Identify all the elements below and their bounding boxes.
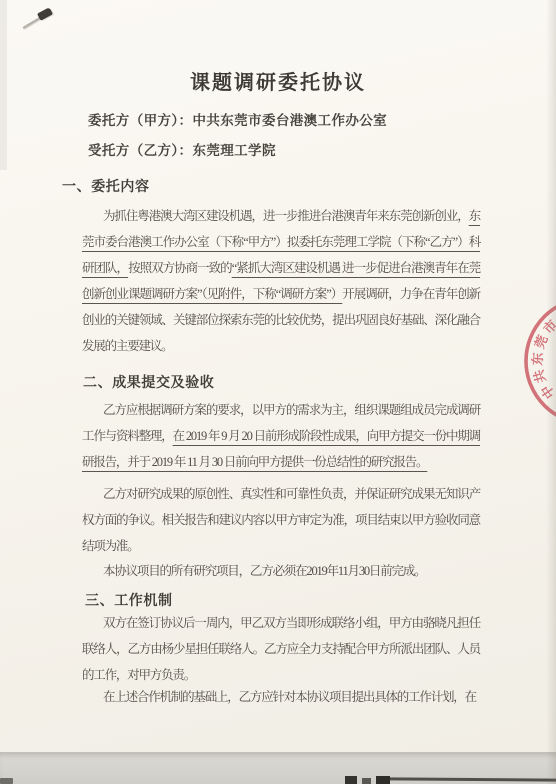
section-3-paragraph-1: 双方在签订协议后一周内，甲乙双方当即形成联络小组，甲方由骆晓凡担任联络人，乙方由… xyxy=(82,610,480,688)
staple-icon xyxy=(37,7,53,21)
text-segment: 为抓住粤港澳大湾区建设机遇，进一步推进台港澳青年来东莞创新创业， xyxy=(103,209,469,223)
qr-block xyxy=(345,776,357,784)
section-2-paragraph-1: 乙方应根据调研方案的要求，以甲方的需求为主，组织课题组成员完成调研工作与资料整理… xyxy=(82,397,480,475)
section-3-heading: 三、工作机制 xyxy=(85,590,173,610)
section-1-heading: 一、委托内容 xyxy=(62,176,150,196)
bottom-left-mark xyxy=(0,778,13,784)
party-a-line: 委托方（甲方）：中共东莞市委台港澳工作办公室 xyxy=(88,109,518,129)
qr-block xyxy=(362,778,371,784)
section-1-paragraph-1: 为抓住粤港澳大湾区建设机遇，进一步推进台港澳青年来东莞创新创业，东莞市委台港澳工… xyxy=(82,203,480,359)
text-segment: 按照双方协商一致的 xyxy=(128,261,232,275)
section-3-paragraph-2: 在上述合作机制的基础上，乙方应针对本协议项目提出具体的工作计划，在 xyxy=(82,684,480,710)
scanned-document-photo: 课题调研委托协议 委托方（甲方）：中共东莞市委台港澳工作办公室 受托方（乙方）：… xyxy=(0,0,556,784)
party-b-line: 受托方（乙方）：东莞理工学院 xyxy=(88,139,518,159)
qr-block xyxy=(376,776,390,784)
section-2-heading: 二、成果提交及验收 xyxy=(83,372,214,392)
official-red-seal: 中共东莞市委台港澳工作办公室 xyxy=(512,291,556,436)
document-title: 课题调研委托协议 xyxy=(0,66,556,95)
qr-code-fragment xyxy=(345,776,395,784)
section-2-paragraph-2: 乙方对研究成果的原创性、真实性和可靠性负责，并保证研究成果无知识产权方面的争议。… xyxy=(82,481,480,559)
section-2-paragraph-3: 本协议项目的所有研究项目，乙方必须在2019年11月30日前完成。 xyxy=(82,558,480,584)
